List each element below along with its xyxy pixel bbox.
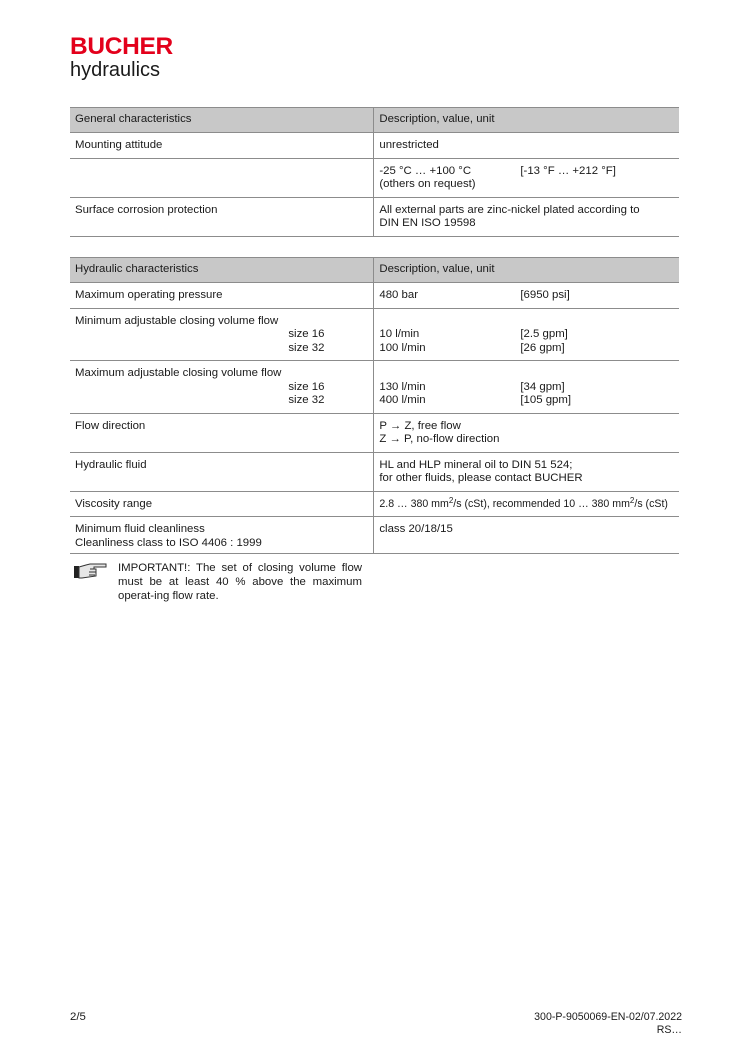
temp-celsius: -25 °C … +100 °C <box>379 165 520 179</box>
table-row: Mounting attitude unrestricted <box>70 133 679 159</box>
header-description: Description, value, unit <box>374 108 679 133</box>
logo-subtitle: hydraulics <box>70 59 171 81</box>
row-value-line1: P → Z, free flow <box>379 420 674 434</box>
row-label: Hydraulic fluid <box>75 453 368 478</box>
table-row: Surface corrosion protection All externa… <box>70 197 679 236</box>
flow-gpm: [2.5 gpm] <box>520 328 568 342</box>
row-label: Surface corrosion protection <box>75 198 368 223</box>
table-row: Flow direction P → Z, free flow Z → P, n… <box>70 413 679 452</box>
row-label: Mounting attitude <box>75 133 368 158</box>
pressure-psi: [6950 psi] <box>520 289 569 303</box>
row-label: Maximum adjustable closing volume flow <box>75 367 368 381</box>
row-label-line2: Cleanliness class to ISO 4406 : 1999 <box>75 537 368 551</box>
row-value: unrestricted <box>379 133 674 158</box>
row-value-line2: for other fluids, please contact BUCHER <box>379 472 674 486</box>
document-number: 300-P-9050069-EN-02/07.2022 <box>534 1011 682 1024</box>
header-description: Description, value, unit <box>374 258 679 283</box>
page-number: 2/5 <box>70 1011 86 1023</box>
flow-lmin: 10 l/min <box>379 328 520 342</box>
row-label <box>75 159 368 170</box>
table-row: Maximum adjustable closing volume flow s… <box>70 361 679 414</box>
row-label: Flow direction <box>75 414 368 439</box>
table-row: Viscosity range 2.8 … 380 mm2/s (cSt), r… <box>70 491 679 517</box>
row-value: class 20/18/15 <box>379 517 674 542</box>
hydraulic-characteristics-table: Hydraulic characteristics Description, v… <box>70 257 679 554</box>
pointing-hand-icon <box>74 561 108 581</box>
row-value-line2: Z → P, no-flow direction <box>379 433 674 447</box>
important-note: IMPORTANT!: The set of closing volume fl… <box>74 561 362 603</box>
row-value-line1: All external parts are zinc-nickel plate… <box>379 204 674 218</box>
row-value-line1: HL and HLP mineral oil to DIN 51 524; <box>379 459 674 473</box>
pressure-bar: 480 bar <box>379 289 520 303</box>
row-value-line2: DIN EN ISO 19598 <box>379 217 674 231</box>
logo-brand: BUCHER <box>70 35 173 59</box>
flow-lmin: 130 l/min <box>379 381 520 395</box>
row-label-line1: Minimum fluid cleanliness <box>75 523 368 537</box>
table-header: General characteristics Description, val… <box>70 108 679 133</box>
row-label: Maximum operating pressure <box>75 283 368 308</box>
table-row: Minimum fluid cleanliness Cleanliness cl… <box>70 517 679 554</box>
size-label: size 32 <box>288 342 368 356</box>
flow-gpm: [26 gpm] <box>520 342 564 356</box>
size-label: size 16 <box>288 328 368 342</box>
table-header: Hydraulic characteristics Description, v… <box>70 258 679 283</box>
table-row: -25 °C … +100 °C[-13 °F … +212 °F] (othe… <box>70 158 679 197</box>
table-row: Hydraulic fluid HL and HLP mineral oil t… <box>70 452 679 491</box>
general-characteristics-table: General characteristics Description, val… <box>70 107 679 237</box>
table-row: Maximum operating pressure 480 bar[6950 … <box>70 283 679 309</box>
temp-note: (others on request) <box>379 178 674 192</box>
flow-gpm: [34 gpm] <box>520 381 564 395</box>
table-row: Minimum adjustable closing volume flow s… <box>70 308 679 361</box>
flow-lmin: 400 l/min <box>379 394 520 408</box>
document-suffix: RS… <box>534 1024 682 1037</box>
header-characteristic: Hydraulic characteristics <box>70 258 374 283</box>
note-text: IMPORTANT!: The set of closing volume fl… <box>118 561 362 603</box>
row-label: Viscosity range <box>75 492 368 517</box>
flow-lmin: 100 l/min <box>379 342 520 356</box>
flow-gpm: [105 gpm] <box>520 394 571 408</box>
size-label: size 32 <box>288 394 368 408</box>
document-id: 300-P-9050069-EN-02/07.2022 RS… <box>534 1011 682 1037</box>
temp-fahrenheit: [-13 °F … +212 °F] <box>520 165 616 179</box>
size-label: size 16 <box>288 381 368 395</box>
header-characteristic: General characteristics <box>70 108 374 133</box>
company-logo: BUCHER hydraulics <box>70 35 171 81</box>
row-label: Minimum adjustable closing volume flow <box>75 315 368 329</box>
viscosity-value: 2.8 … 380 mm2/s (cSt), recommended 10 … … <box>379 492 674 517</box>
